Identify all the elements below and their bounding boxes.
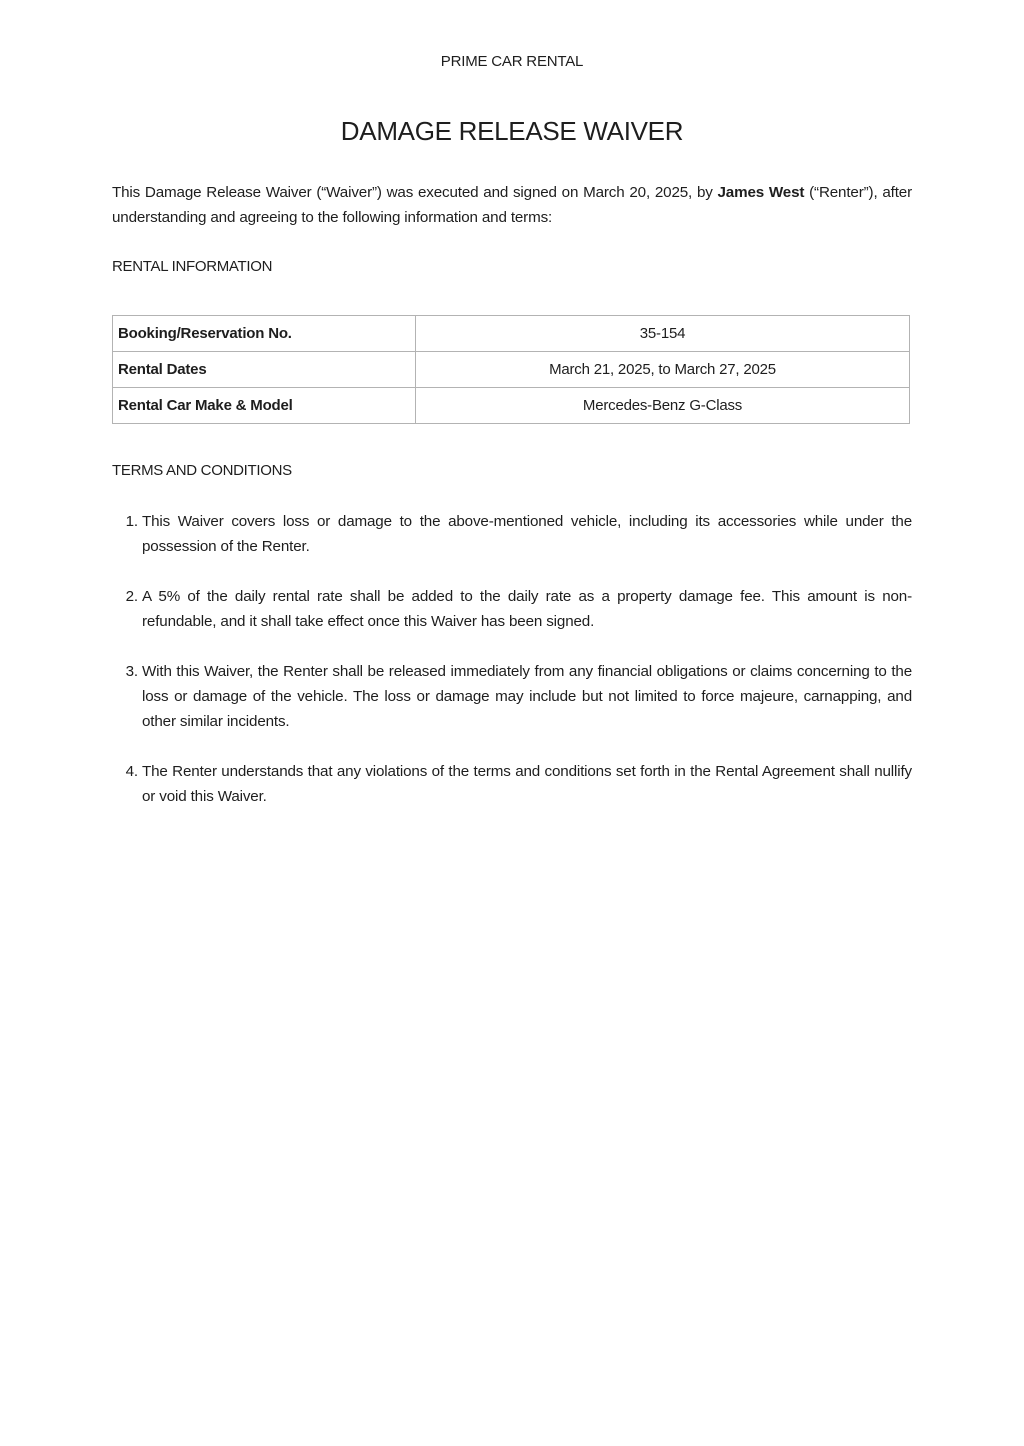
rental-information-table: Booking/Reservation No. 35-154 Rental Da… [112,315,910,424]
term-item-2: A 5% of the daily rental rate shall be a… [142,584,912,634]
term-item-1: This Waiver covers loss or damage to the… [142,509,912,559]
intro-text-start: This Damage Release Waiver (“Waiver”) wa… [112,184,718,201]
table-row: Booking/Reservation No. 35-154 [113,316,910,352]
car-model-value: Mercedes-Benz G-Class [416,388,910,424]
document-title: DAMAGE RELEASE WAIVER [112,116,912,147]
table-row: Rental Car Make & Model Mercedes-Benz G-… [113,388,910,424]
booking-number-value: 35-154 [416,316,910,352]
booking-number-label: Booking/Reservation No. [113,316,416,352]
rental-dates-label: Rental Dates [113,352,416,388]
rental-dates-value: March 21, 2025, to March 27, 2025 [416,352,910,388]
renter-name: James West [718,184,805,201]
company-name: PRIME CAR RENTAL [112,53,912,70]
intro-paragraph: This Damage Release Waiver (“Waiver”) wa… [112,180,912,230]
terms-heading: TERMS AND CONDITIONS [112,462,292,479]
car-model-label: Rental Car Make & Model [113,388,416,424]
rental-information-heading: RENTAL INFORMATION [112,258,272,275]
table-row: Rental Dates March 21, 2025, to March 27… [113,352,910,388]
term-item-4: The Renter understands that any violatio… [142,759,912,809]
term-item-3: With this Waiver, the Renter shall be re… [142,659,912,734]
terms-list: This Waiver covers loss or damage to the… [112,509,912,834]
